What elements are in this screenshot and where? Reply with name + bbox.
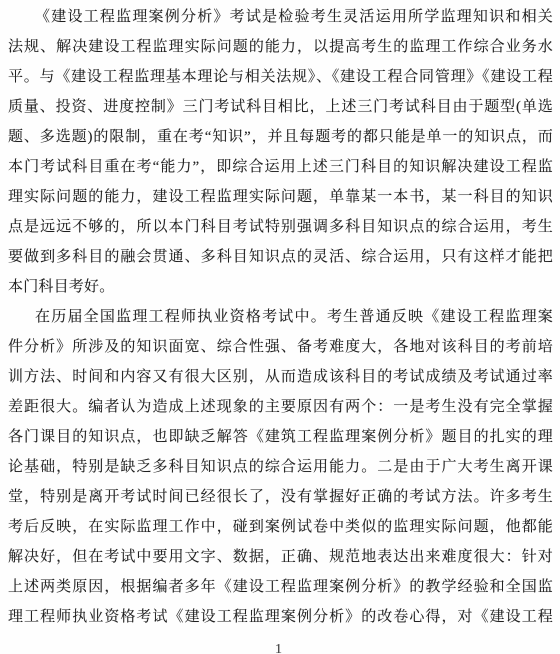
text-line: 训方法、时间和内容又有很大区别，从而造成该科目的考试成绩及考试通过率 <box>8 362 553 392</box>
text-line: 法规、解决建设工程监理实际问题的能力，以提高考生的监理工作综合业务水 <box>8 32 553 62</box>
text-line: 各门课目的知识点，也即缺乏解答《建筑工程监理案例分析》题目的扎实的理 <box>8 422 553 452</box>
text-line: 理工程师执业资格考试《建设工程监理案例分析》的改卷心得，对《建设工程 <box>8 602 553 632</box>
text-line: 点是远远不够的，所以本门科目考试特别强调多科目知识点的综合运用，考生 <box>8 212 553 242</box>
text-line: 上述两类原因，根据编者多年《建设工程监理案例分析》的教学经验和全国监 <box>8 572 553 602</box>
text-line: 解决好，但在考试中要用文字、数据，正确、规范地表达出来难度很大：针对 <box>8 542 553 572</box>
text-line: 考后反映，在实际监理工作中，碰到案例试卷中类似的监理实际问题，他都能 <box>8 512 553 542</box>
text-line: 论基础，特别是缺乏多科目知识点的综合运用能力。二是由于广大考生离开课 <box>8 452 553 482</box>
text-line: 《建设工程监理案例分析》考试是检验考生灵活运用所学监理知识和相关 <box>8 2 553 32</box>
text-line: 平。与《建设工程监理基本理论与相关法规》、《建设工程合同管理》《建设工程 <box>8 62 553 92</box>
text-line: 在历届全国监理工程师执业资格考试中。考生普通反映《建设工程监理案 <box>8 302 553 332</box>
text-line: 题、多选题)的限制，重在考“知识”，并且每题考的都只能是单一的知识点，而 <box>8 122 553 152</box>
text-line: 要做到多科目的融会贯通、多科目知识点的灵活、综合运用，只有这样才能把 <box>8 242 553 272</box>
text-line: 件分析》所涉及的知识面宽、综合性强、备考难度大，各地对该科目的考前培 <box>8 332 553 362</box>
paragraph-1: 《建设工程监理案例分析》考试是检验考生灵活运用所学监理知识和相关法规、解决建设工… <box>8 2 553 302</box>
document-text: 《建设工程监理案例分析》考试是检验考生灵活运用所学监理知识和相关法规、解决建设工… <box>8 2 553 632</box>
text-line: 堂，特别是离开考试时间已经很长了，没有掌握好正确的考试方法。许多考生 <box>8 482 553 512</box>
text-line: 本门考试科目重在考“能力”，即综合运用上述三门科目的知识解决建设工程监 <box>8 152 553 182</box>
text-line: 差距很大。编者认为造成上述现象的主要原因有两个：一是考生没有完全掌握 <box>8 392 553 422</box>
text-line: 质量、投资、进度控制》三门考试科目相比，上述三门考试科目由于题型(单选 <box>8 92 553 122</box>
document-page: 《建设工程监理案例分析》考试是检验考生灵活运用所学监理知识和相关法规、解决建设工… <box>0 0 560 654</box>
paragraph-2: 在历届全国监理工程师执业资格考试中。考生普通反映《建设工程监理案件分析》所涉及的… <box>8 302 553 632</box>
page-number: 1 <box>275 640 282 654</box>
text-line: 本门科目考好。 <box>8 272 553 302</box>
text-line: 理实际问题的能力，建设工程监理实际问题，单靠某一本书，某一科目的知识 <box>8 182 553 212</box>
